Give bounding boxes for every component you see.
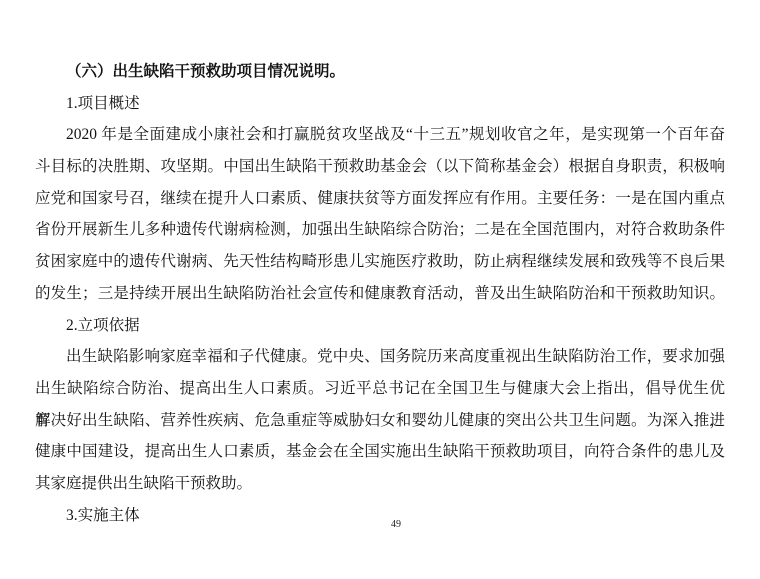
paragraph-2-line-5: 其家庭提供出生缺陷干预救助。 bbox=[35, 468, 725, 500]
document-body: （六）出生缺陷干预救助项目情况说明。 1.项目概述 2020 年是全面建成小康社… bbox=[35, 56, 725, 531]
paragraph-1-line-5: 贫困家庭中的遗传代谢病、先天性结构畸形患儿实施医疗救助，防止病程继续发展和致残等… bbox=[35, 246, 725, 278]
paragraph-2-line-2: 出生缺陷综合防治、提高出生人口素质。习近平总书记在全国卫生与健康大会上指出，倡导… bbox=[35, 373, 725, 405]
subsection-title-2: 2.立项依据 bbox=[35, 310, 725, 342]
section-heading: （六）出生缺陷干预救助项目情况说明。 bbox=[35, 56, 725, 88]
document-page: （六）出生缺陷干预救助项目情况说明。 1.项目概述 2020 年是全面建成小康社… bbox=[0, 0, 760, 579]
paragraph-2-line-1: 出生缺陷影响家庭幸福和子代健康。党中央、国务院历来高度重视出生缺陷防治工作，要求… bbox=[35, 341, 725, 373]
paragraph-1-line-3: 应党和国家号召，继续在提升人口素质、健康扶贫等方面发挥应有作用。主要任务：一是在… bbox=[35, 183, 725, 215]
page-number: 49 bbox=[16, 518, 760, 532]
paragraph-2-line-3: 解决好出生缺陷、营养性疾病、危急重症等威胁妇女和婴幼儿健康的突出公共卫生问题。为… bbox=[35, 405, 725, 437]
paragraph-1-line-1: 2020 年是全面建成小康社会和打赢脱贫攻坚战及“十三五”规划收官之年，是实现第… bbox=[35, 119, 725, 151]
paragraph-1-line-4: 省份开展新生儿多种遗传代谢病检测，加强出生缺陷综合防治；二是在全国范围内，对符合… bbox=[35, 214, 725, 246]
subsection-title-1: 1.项目概述 bbox=[35, 88, 725, 120]
paragraph-2-line-4: 健康中国建设，提高出生人口素质，基金会在全国实施出生缺陷干预救助项目，向符合条件… bbox=[35, 436, 725, 468]
paragraph-1-line-6: 的发生；三是持续开展出生缺陷防治社会宣传和健康教育活动，普及出生缺陷防治和干预救… bbox=[35, 278, 725, 310]
paragraph-1-line-2: 斗目标的决胜期、攻坚期。中国出生缺陷干预救助基金会（以下简称基金会）根据自身职责… bbox=[35, 151, 725, 183]
